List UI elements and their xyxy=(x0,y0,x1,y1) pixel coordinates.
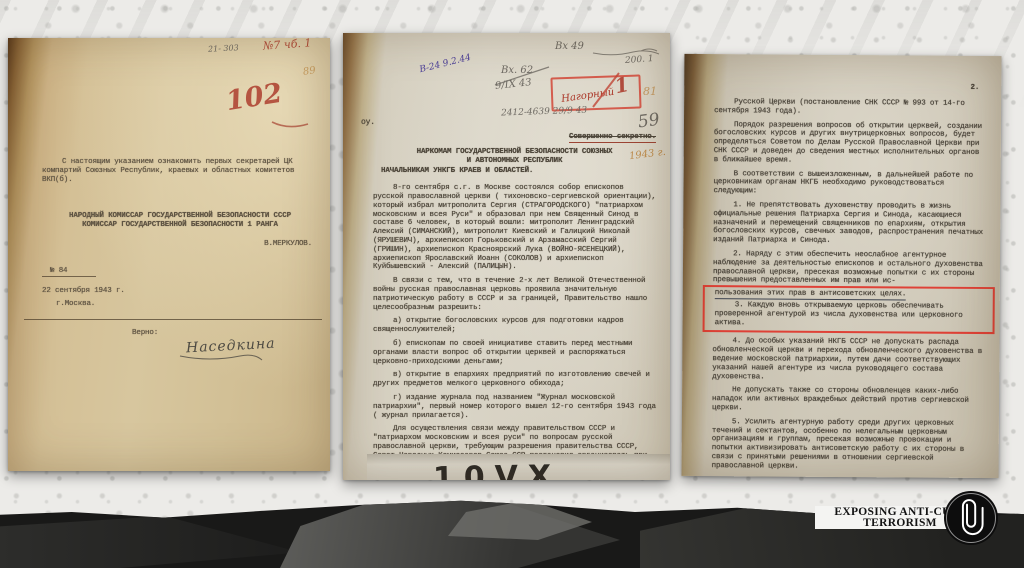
paragraph: Порядок разрешения вопросов об открытии … xyxy=(714,121,988,167)
red-archive-number: 102 xyxy=(224,78,285,117)
underlying-page-fragment: 10VX xyxy=(367,454,670,480)
paragraph: 4. До особых указаний НКГБ СССР не допус… xyxy=(712,337,986,383)
body-paragraph: С настоящим указанием ознакомить первых … xyxy=(42,158,318,184)
underlined-typed-line: пользования этих прав в антисоветских це… xyxy=(715,289,907,300)
orange-pencil-mark: 89 xyxy=(302,65,316,78)
secret-classification-stamp: Совершенно секретно. xyxy=(373,133,656,142)
stamp-signature: Нагорный xyxy=(561,87,615,105)
paragraph: а) открытие богословских курсов для подг… xyxy=(373,317,656,335)
commissar-title-line2: КОМИССАР ГОСУДАРСТВЕННОЙ БЕЗОПАСНОСТИ 1 … xyxy=(42,221,318,230)
commissar-title-line1: НАРОДНЫЙ КОМИССАР ГОСУДАРСТВЕННОЙ БЕЗОПА… xyxy=(42,212,318,221)
red-highlight-box: пользования этих прав в антисоветских це… xyxy=(703,285,995,334)
pencil-annotation: 21- 303 xyxy=(208,43,239,54)
page-fragment-characters: 10VX xyxy=(433,459,562,480)
paragraph: Не допускать также со стороны обновленце… xyxy=(712,386,986,414)
addressee-line2: И АВТОНОМНЫХ РЕСПУБЛИК xyxy=(373,157,656,166)
signatory-name: В.МЕРКУЛОВ. xyxy=(42,240,312,249)
blue-ink-mark: В-24 9.2.44 xyxy=(419,53,472,75)
typed-text-block: Русской Церкви (постановление СНК СССР №… xyxy=(712,98,989,477)
scanned-document-middle: Вх 49 200. 1 В-24 9.2.44 Вх. 62 9/IX 43 … xyxy=(343,33,670,480)
pencil-vx49-mark: Вх 49 xyxy=(555,41,584,52)
document-date: 22 сентября 1943 г. xyxy=(42,287,318,296)
red-ink-annotation: №7 чб. 1 xyxy=(263,36,312,52)
typed-text-block: Совершенно секретно. НАРКОМАМ ГОСУДАРСТВ… xyxy=(373,133,656,474)
paragraph: 2. Наряду с этим обеспечить неослабное а… xyxy=(713,250,987,287)
paragraph: 5. Усилить агентурную работу среди други… xyxy=(712,418,986,473)
addressee-line3: НАЧАЛЬНИКАМ УНКГБ КРАЕВ И ОБЛАСТЕЙ. xyxy=(373,167,656,176)
verno-label: Верно: xyxy=(42,329,318,338)
pencil-59-mark: 59 xyxy=(637,110,661,133)
typed-text-block: С настоящим указанием ознакомить первых … xyxy=(42,158,318,343)
pencil-corner-mark: 200. 1 xyxy=(625,54,654,66)
watermark-line2: TERRORISM xyxy=(863,518,937,529)
collage-canvas: 21- 303 №7 чб. 1 89 102 С настоящим указ… xyxy=(0,0,1024,568)
scanned-document-left: 21- 303 №7 чб. 1 89 102 С настоящим указ… xyxy=(8,38,330,471)
pencil-date-mark: 9/IX 43 xyxy=(495,77,533,92)
pencil-register-number: 2412-4639 29/9 43 xyxy=(501,105,588,118)
page-number: 2. xyxy=(971,84,980,93)
crumple-facet xyxy=(280,498,620,568)
red-flourish-stroke xyxy=(270,118,310,130)
margin-mark: оу. xyxy=(361,119,375,128)
paragraph: В связи с тем, что в течение 2-х лет Вел… xyxy=(373,277,656,312)
paragraph: 1. Не препятствовать духовенству проводи… xyxy=(713,201,987,247)
paragraph: г) издание журнала под названием "Журнал… xyxy=(373,394,656,420)
crumple-facet xyxy=(0,516,300,568)
stamp-number: 1 xyxy=(612,72,631,98)
paragraph: 8-го сентября с.г. в Москве состоялся со… xyxy=(373,184,656,272)
paragraph: В соответствии с вышеизложенным, в дальн… xyxy=(713,170,987,198)
scanned-document-right: 2. Русской Церкви (постановление СНК ССС… xyxy=(682,54,1002,478)
orange-81-mark: 81 xyxy=(643,85,657,98)
paperclip-icon xyxy=(942,489,1000,547)
document-city: г.Москва. xyxy=(42,300,318,309)
addressee-line1: НАРКОМАМ ГОСУДАРСТВЕННОЙ БЕЗОПАСНОСТИ СО… xyxy=(373,148,656,157)
signature-flourish xyxy=(178,350,264,364)
site-watermark: EXPOSING ANTI-CULT TERRORISM xyxy=(815,505,1015,568)
paragraph: б) епископам по своей инициативе ставить… xyxy=(373,340,656,366)
highlighted-paragraph: 3. Каждую вновь открываемую церковь обес… xyxy=(715,301,985,329)
paragraph: в) открытие в епархиях предприятий по из… xyxy=(373,371,656,389)
divider-rule xyxy=(24,319,322,320)
document-number: № 84 xyxy=(42,267,96,277)
paragraph: Русской Церкви (постановление СНК СССР №… xyxy=(714,98,988,118)
